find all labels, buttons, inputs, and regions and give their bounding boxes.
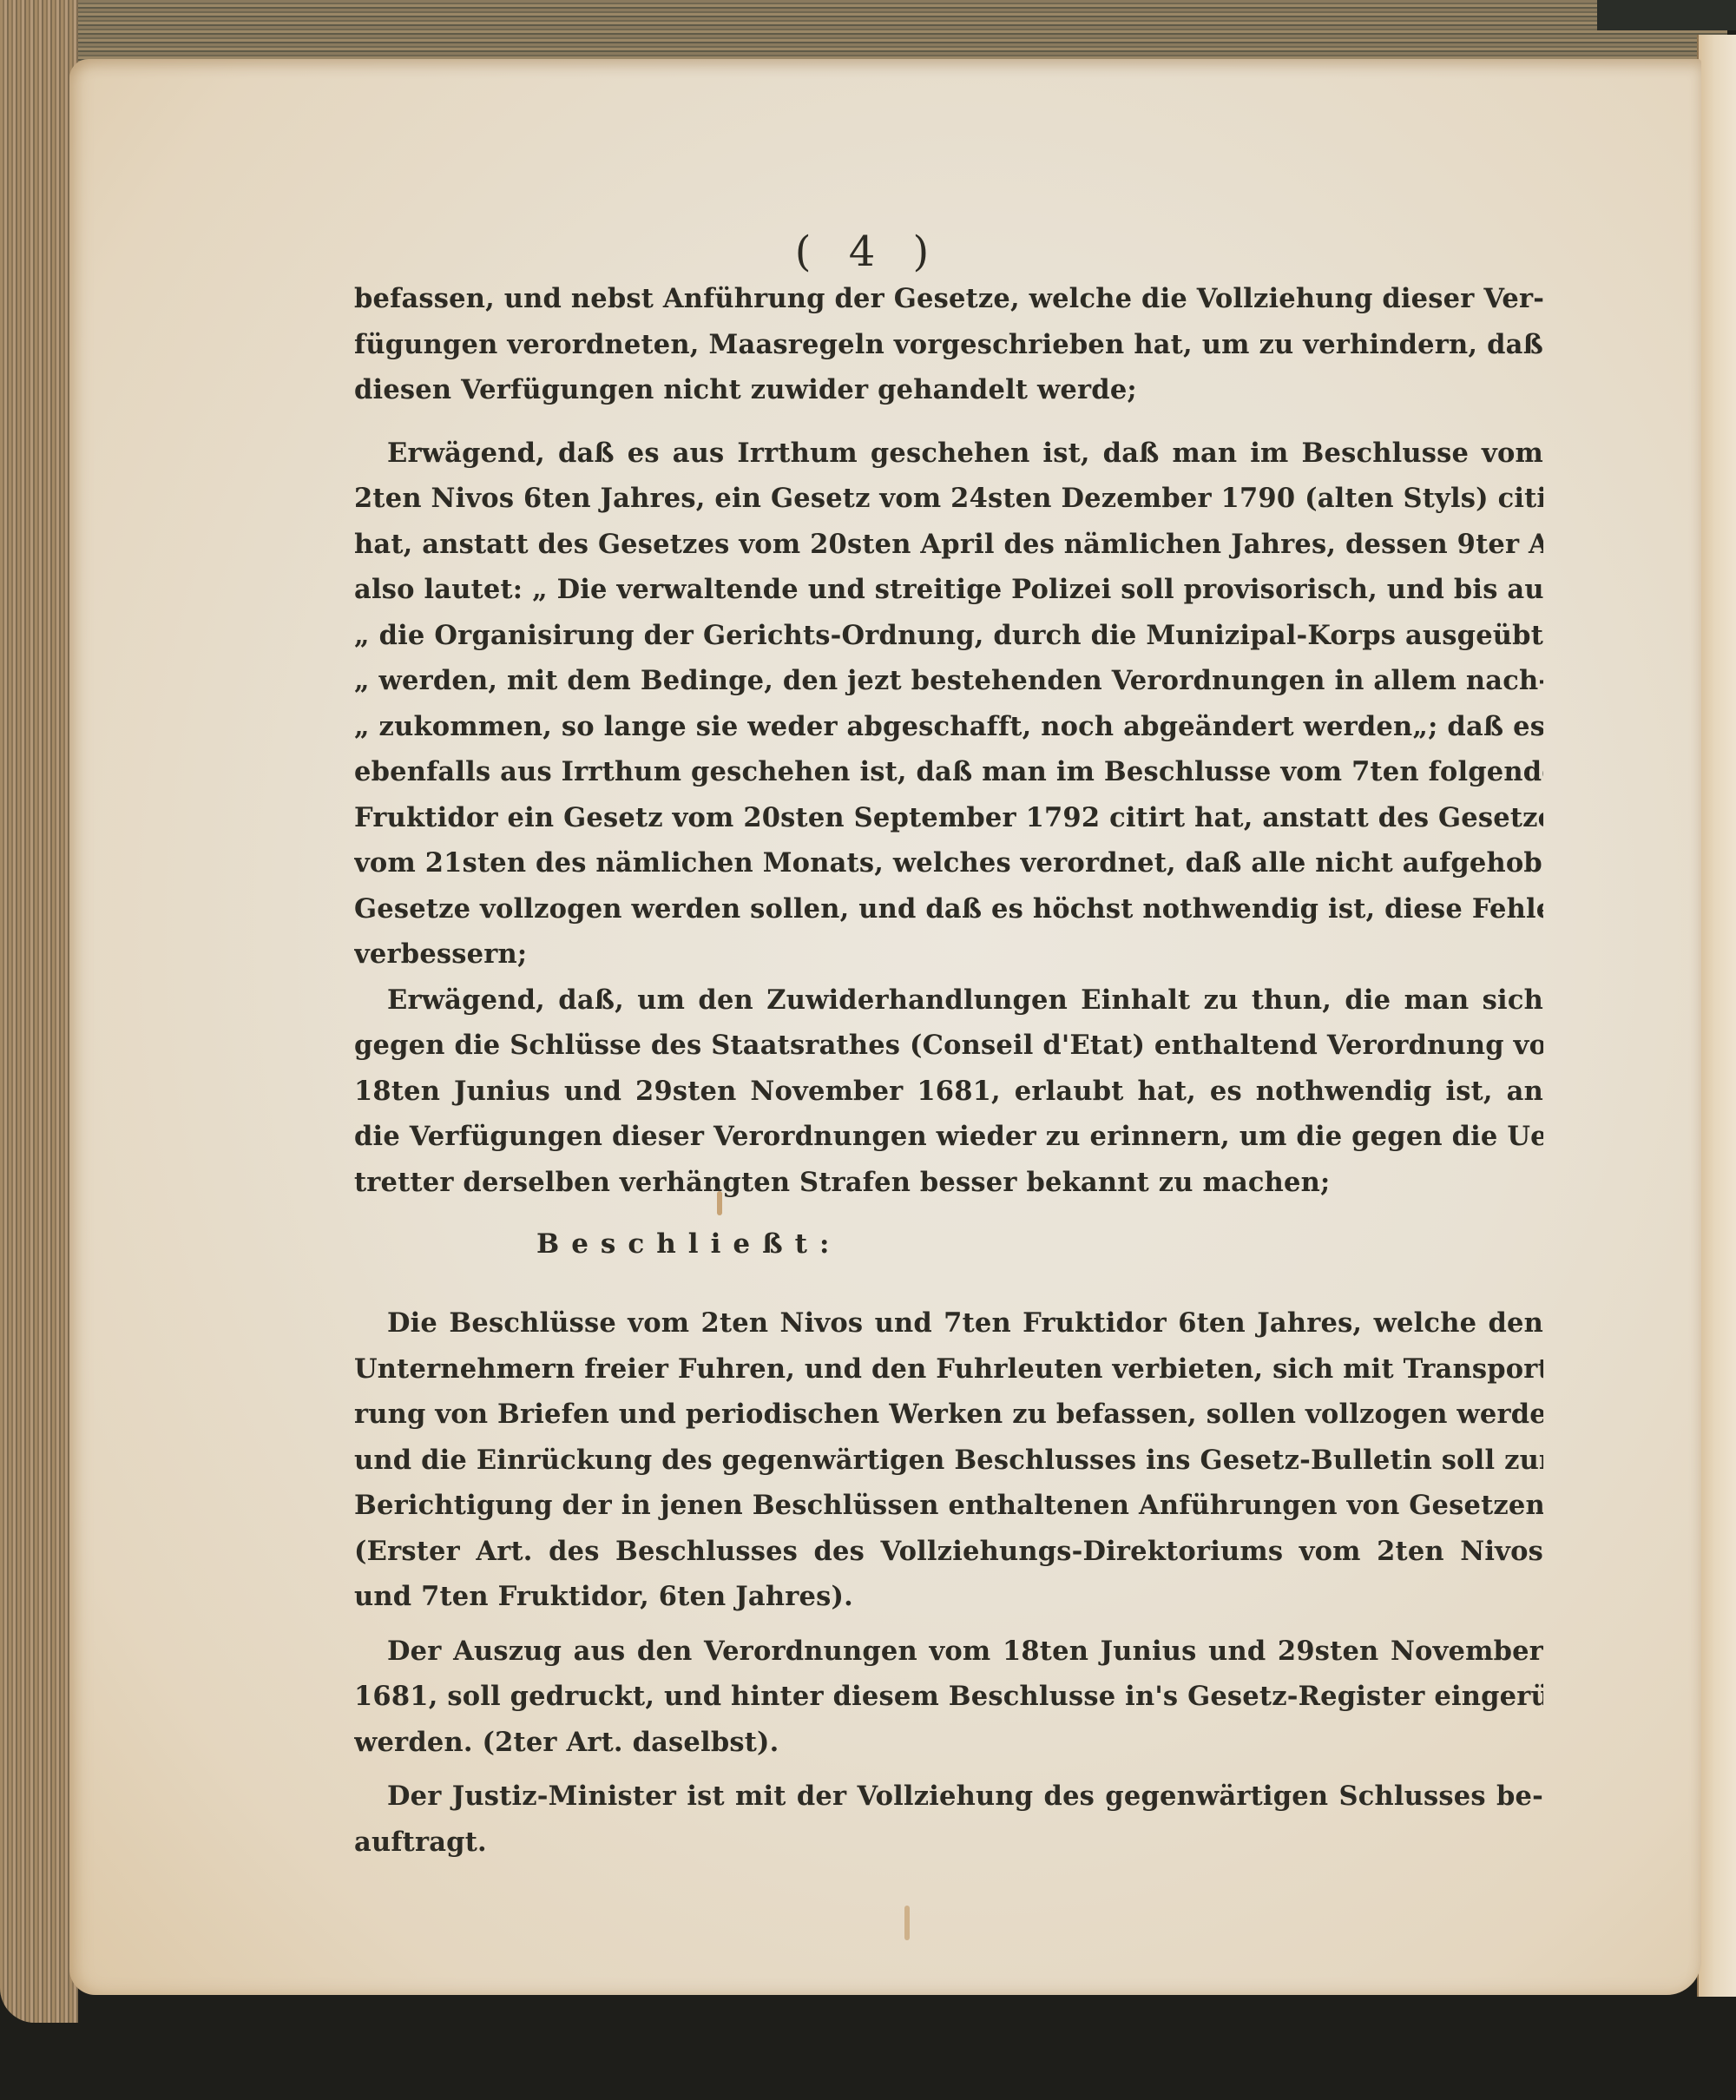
text-line: 18ten Junius und 29sten November 1681, e…	[354, 1069, 1543, 1115]
paragraph-erwaegend-2: Erwägend, daß, um den Zuwiderhandlungen …	[354, 978, 1543, 1206]
text-line: Der Justiz-Minister ist mit der Vollzieh…	[354, 1774, 1543, 1820]
text-line: Erwägend, daß es aus Irrthum geschehen i…	[354, 431, 1543, 477]
section-heading-beschliesst: Beschließt:	[354, 1205, 1543, 1283]
text-line: Fruktidor ein Gesetz vom 20sten Septembe…	[354, 795, 1543, 841]
text-line: Berichtigung der in jenen Beschlüssen en…	[354, 1483, 1543, 1529]
text-line: diesen Verfügungen nicht zuwider gehande…	[354, 367, 1543, 413]
text-line: „ zukommen, so lange sie weder abgeschaf…	[354, 704, 1543, 750]
text-line: Unternehmern freier Fuhren, und den Fuhr…	[354, 1346, 1543, 1392]
paper-stain	[904, 1906, 910, 1940]
text-line: ebenfalls aus Irrthum geschehen ist, daß…	[354, 749, 1543, 795]
text-line: Die Beschlüsse vom 2ten Nivos und 7ten F…	[354, 1300, 1543, 1346]
text-line: gegen die Schlüsse des Staatsrathes (Con…	[354, 1023, 1543, 1069]
text-line: verbessern;	[354, 932, 1543, 978]
text-line: hat, anstatt des Gesetzes vom 20sten Apr…	[354, 522, 1543, 568]
text-line: „ die Organisirung der Gerichts-Ordnung,…	[354, 613, 1543, 659]
book-cover-corner	[1597, 0, 1736, 30]
text-line: (Erster Art. des Beschlusses des Vollzie…	[354, 1529, 1543, 1575]
resolution-article-2: Der Auszug aus den Verordnungen vom 18te…	[354, 1629, 1543, 1766]
text-line: auftragt.	[354, 1820, 1543, 1866]
text-line: Gesetze vollzogen werden sollen, und daß…	[354, 886, 1543, 932]
page-stack-top-edge	[0, 0, 1727, 65]
text-line: Erwägend, daß, um den Zuwiderhandlungen …	[354, 978, 1543, 1024]
text-line: Der Auszug aus den Verordnungen vom 18te…	[354, 1629, 1543, 1675]
text-line: also lautet: „ Die verwaltende und strei…	[354, 567, 1543, 613]
page-body: befassen, und nebst Anführung der Gesetz…	[354, 276, 1543, 1865]
paragraph-continuation: befassen, und nebst Anführung der Gesetz…	[354, 276, 1543, 413]
text-line: befassen, und nebst Anführung der Gesetz…	[354, 276, 1543, 322]
text-line: fügungen verordneten, Maasregeln vorgesc…	[354, 322, 1543, 368]
text-line: werden. (2ter Art. daselbst).	[354, 1720, 1543, 1766]
text-line: die Verfügungen dieser Verordnungen wied…	[354, 1114, 1543, 1160]
resolution-article-1: Die Beschlüsse vom 2ten Nivos und 7ten F…	[354, 1300, 1543, 1620]
paragraph-erwaegend-1: Erwägend, daß es aus Irrthum geschehen i…	[354, 431, 1543, 978]
text-line: „ werden, mit dem Bedinge, den jezt best…	[354, 658, 1543, 704]
book-gutter-next-page	[1697, 35, 1736, 1997]
text-line: tretter derselben verhängten Strafen bes…	[354, 1160, 1543, 1206]
page-stack-left-edge	[0, 0, 78, 2023]
text-line: 2ten Nivos 6ten Jahres, ein Gesetz vom 2…	[354, 476, 1543, 522]
text-line: und die Einrückung des gegenwärtigen Bes…	[354, 1438, 1543, 1484]
resolution-article-3: Der Justiz-Minister ist mit der Vollzieh…	[354, 1774, 1543, 1865]
text-line: 1681, soll gedruckt, und hinter diesem B…	[354, 1674, 1543, 1720]
text-line: und 7ten Fruktidor, 6ten Jahres).	[354, 1574, 1543, 1620]
page-number: ( 4 )	[0, 227, 1736, 276]
text-line: vom 21sten des nämlichen Monats, welches…	[354, 840, 1543, 886]
text-line: rung von Briefen und periodischen Werken…	[354, 1392, 1543, 1438]
